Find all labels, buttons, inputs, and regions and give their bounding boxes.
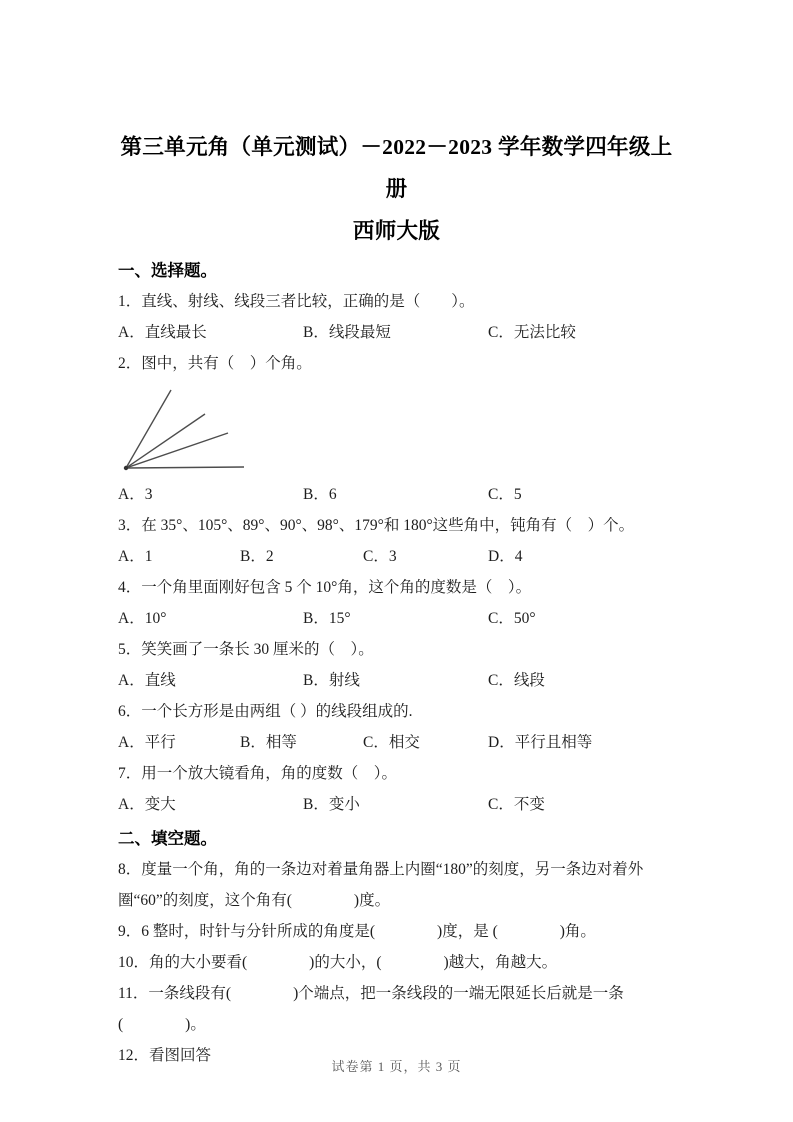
question-6-options: A．平行 B．相等 C．相交 D．平行且相等	[118, 727, 675, 758]
option-4a: A．10°	[118, 603, 166, 634]
question-8-text: 8．度量一个角，角的一条边对着量角器上内圈“180”的刻度，另一条边对着外圈“6…	[118, 854, 675, 916]
option-2a: A．3	[118, 479, 152, 510]
question-5-options: A．直线 B．射线 C．线段	[118, 665, 675, 696]
option-3b: B．2	[240, 541, 274, 572]
option-4c: C．50°	[488, 603, 536, 634]
option-5b: B．射线	[303, 665, 360, 696]
option-2c: C．5	[488, 479, 522, 510]
question-4-options: A．10° B．15° C．50°	[118, 603, 675, 634]
question-3-text: 3．在 35°、105°、89°、90°、98°、179°和 180°这些角中，…	[118, 510, 675, 541]
option-3c: C．3	[363, 541, 397, 572]
option-6d: D．平行且相等	[488, 727, 592, 758]
option-7b: B．变小	[303, 789, 360, 820]
question-3-options: A．1 B．2 C．3 D．4	[118, 541, 675, 572]
page-title-line1: 第三单元角（单元测试）－2022－2023 学年数学四年级上册	[121, 135, 673, 201]
option-1a: A．直线最长	[118, 317, 207, 348]
test-paper-page: 第三单元角（单元测试）－2022－2023 学年数学四年级上册 西师大版 一、选…	[0, 0, 793, 1122]
question-2-options: A．3 B．6 C．5	[118, 479, 675, 510]
question-2-figure	[118, 379, 675, 479]
option-6a: A．平行	[118, 727, 176, 758]
option-6c: C．相交	[363, 727, 420, 758]
question-4-text: 4．一个角里面刚好包含 5 个 10°角，这个角的度数是（ ）。	[118, 572, 675, 603]
question-2-text: 2．图中，共有（ ）个角。	[118, 348, 675, 379]
option-2b: B．6	[303, 479, 337, 510]
page-footer: 试卷第 1 页，共 3 页	[0, 1056, 793, 1075]
question-5-text: 5．笑笑画了一条长 30 厘米的（ ）。	[118, 634, 675, 665]
section-heading-choice: 一、选择题。	[118, 255, 675, 286]
option-5c: C．线段	[488, 665, 545, 696]
page-title: 第三单元角（单元测试）－2022－2023 学年数学四年级上册 西师大版	[118, 126, 675, 252]
option-5a: A．直线	[118, 665, 176, 696]
question-11-text: 11．一条线段有( )个端点，把一条线段的一端无限延长后就是一条( )。	[118, 978, 675, 1040]
option-6b: B．相等	[240, 727, 297, 758]
option-3d: D．4	[488, 541, 522, 572]
question-7-options: A．变大 B．变小 C．不变	[118, 789, 675, 820]
question-9-text: 9．6 整时，时针与分针所成的角度是( )度，是 ( )角。	[118, 916, 675, 947]
section-heading-fill-blank: 二、填空题。	[118, 823, 675, 854]
option-7c: C．不变	[488, 789, 545, 820]
question-10-text: 10．角的大小要看( )的大小，( )越大，角越大。	[118, 947, 675, 978]
option-1c: C．无法比较	[488, 317, 576, 348]
angle-rays-figure	[118, 382, 258, 474]
question-1-text: 1．直线、射线、线段三者比较，正确的是（ ）。	[118, 286, 675, 317]
option-7a: A．变大	[118, 789, 176, 820]
page-title-line2: 西师大版	[353, 219, 440, 243]
option-1b: B．线段最短	[303, 317, 391, 348]
option-4b: B．15°	[303, 603, 351, 634]
question-7-text: 7．用一个放大镜看角，角的度数（ ）。	[118, 758, 675, 789]
question-6-text: 6．一个长方形是由两组（ ）的线段组成的.	[118, 696, 675, 727]
option-3a: A．1	[118, 541, 152, 572]
question-1-options: A．直线最长 B．线段最短 C．无法比较	[118, 317, 675, 348]
page-content: 第三单元角（单元测试）－2022－2023 学年数学四年级上册 西师大版 一、选…	[118, 126, 675, 1071]
